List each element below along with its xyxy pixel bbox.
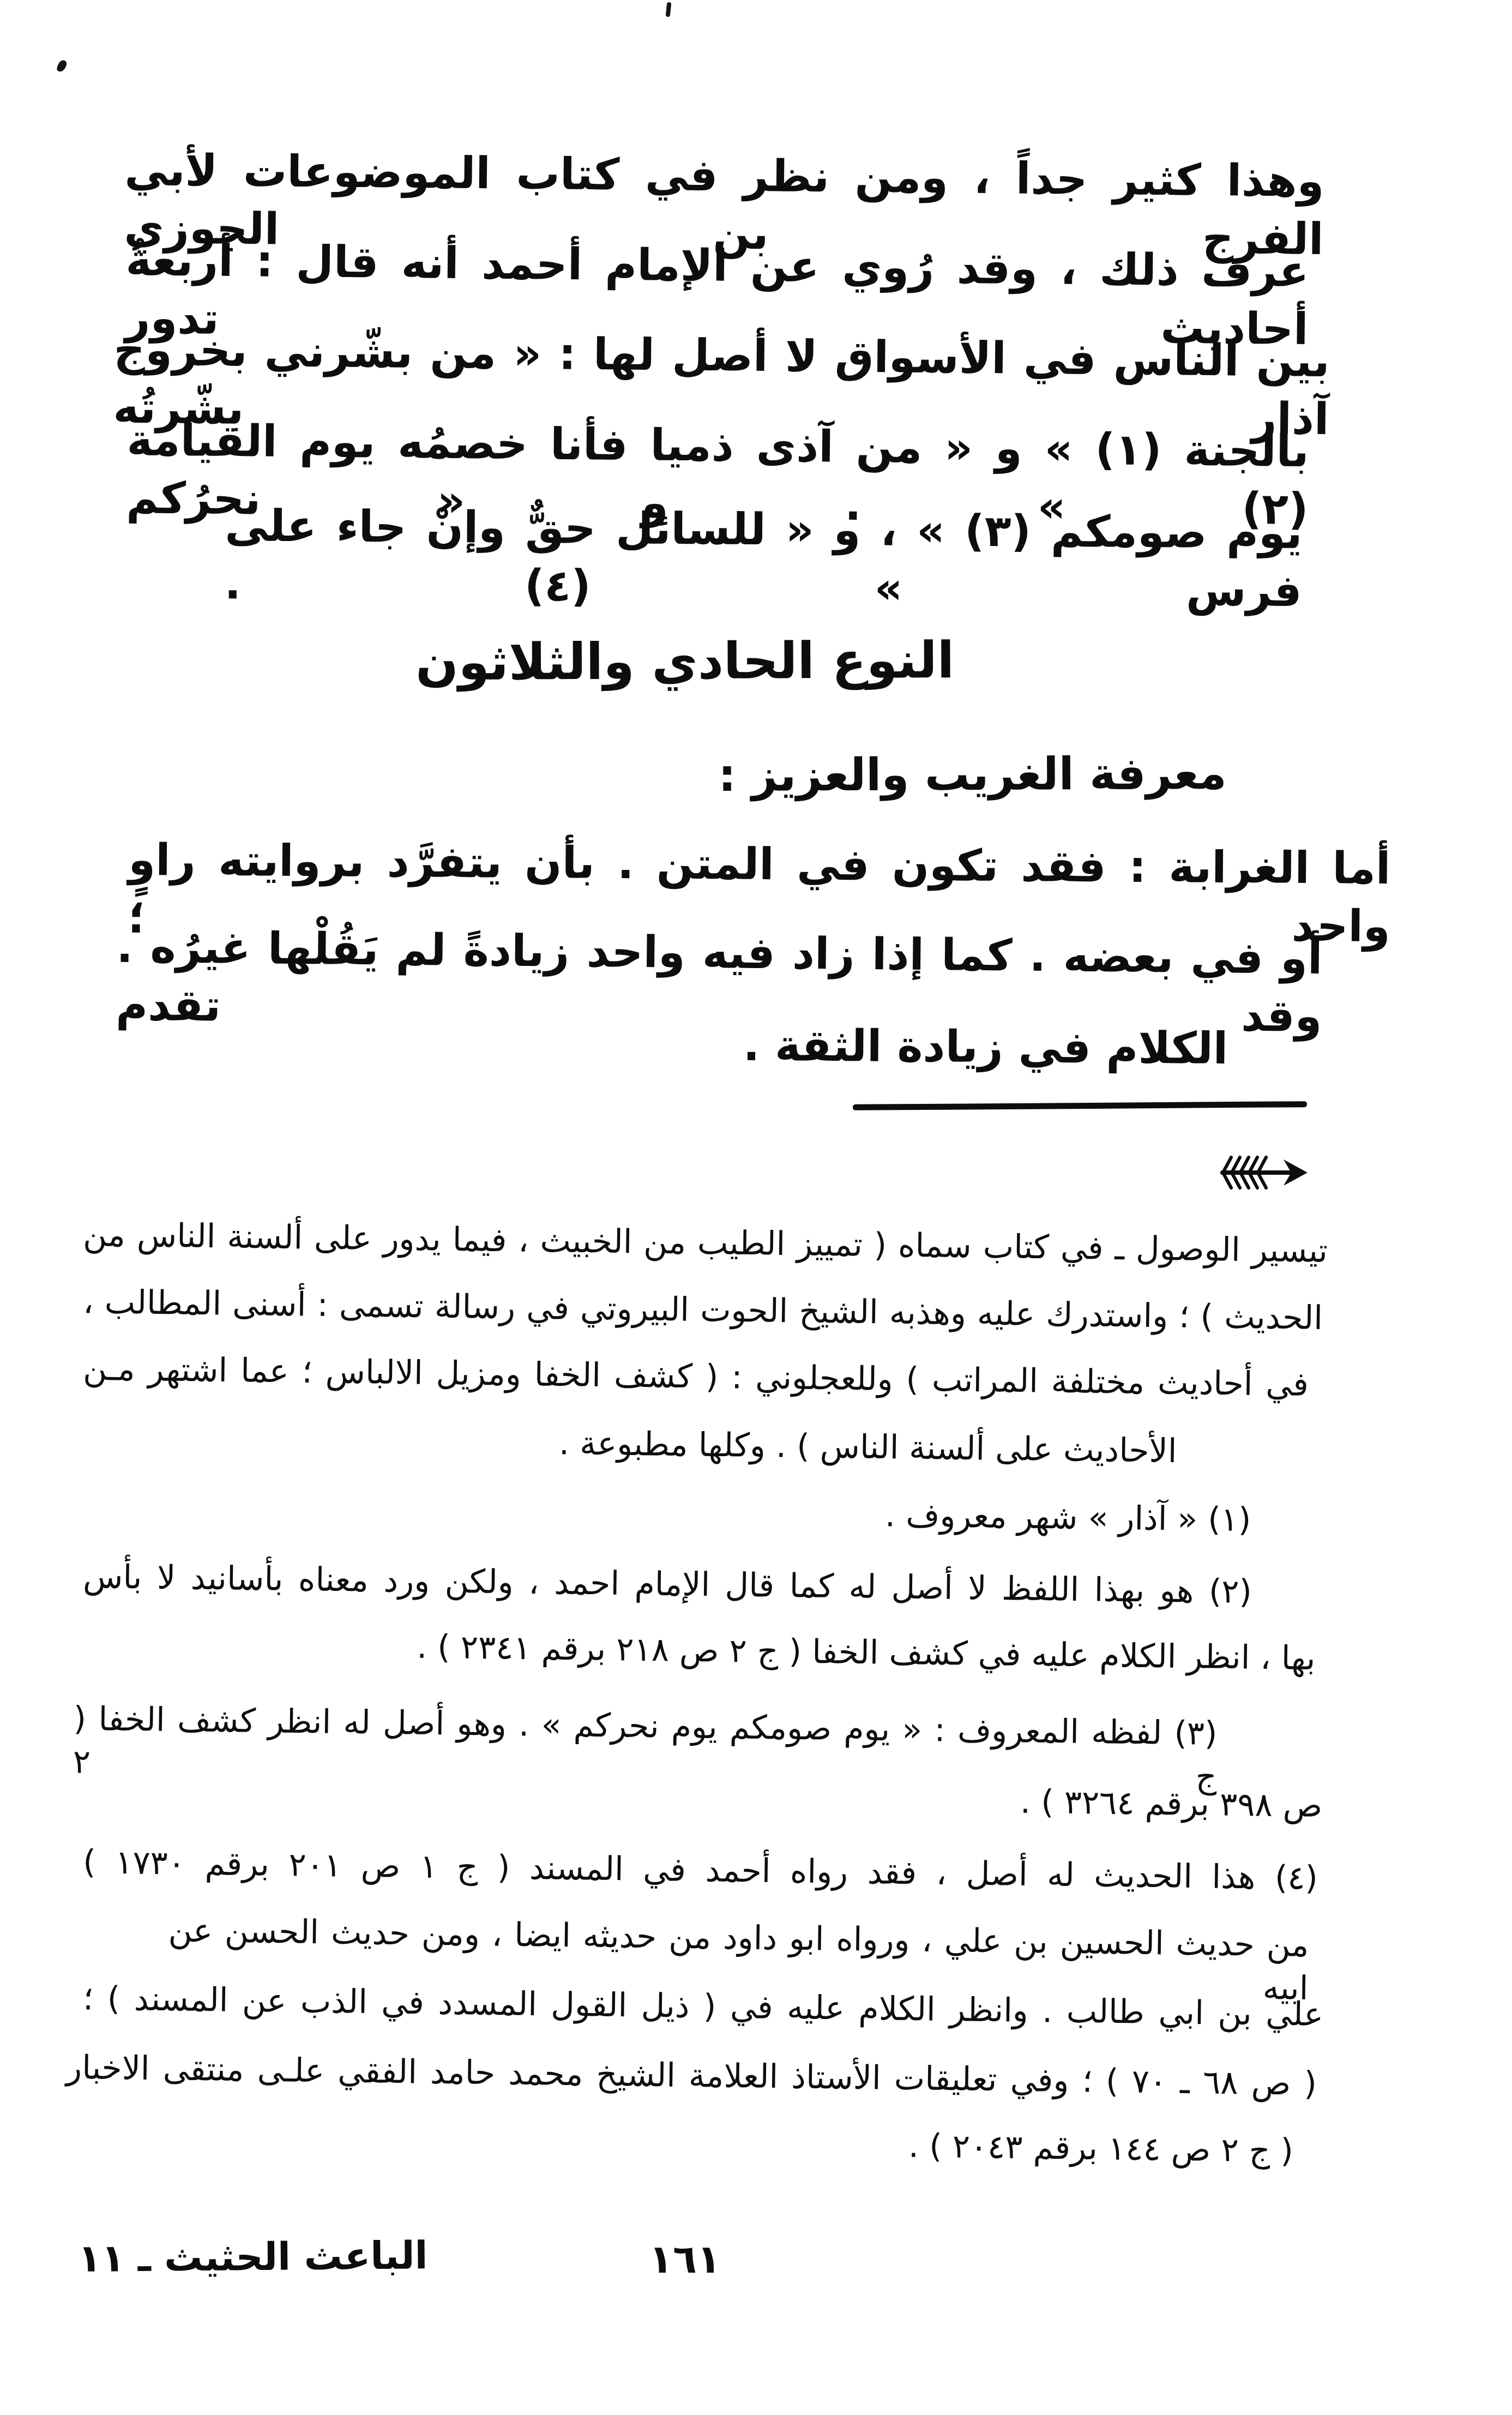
footer-book-title: الباعث الحثيث ـ ١١ bbox=[78, 2230, 428, 2284]
feathered-arrow-icon bbox=[1219, 1155, 1310, 1190]
body-text-line: يوم صومكم (٣) » ، و « للسائل حقٌّ وإنْ ج… bbox=[224, 497, 1302, 620]
section-subheading: معرفة الغريب والعزيز : bbox=[718, 744, 1227, 806]
footnote-line: تيسير الوصول ـ في كتاب سماه ( تمييز الطي… bbox=[83, 1213, 1328, 1273]
footnote-line: الأحاديث على ألسنة الناس ) . وكلها مطبوع… bbox=[558, 1422, 1177, 1473]
footnote-separator bbox=[853, 1101, 1307, 1110]
footnote-line: ( ص ٦٨ ـ ٧٠ ) ؛ وفي تعليقات الأستاذ العل… bbox=[66, 2046, 1317, 2106]
scan-speck bbox=[666, 2, 672, 17]
section-heading: النوع الحادي والثلاثون bbox=[415, 627, 955, 696]
footnote-line: (٤) هذا الحديث له أصل ، فقد رواه أحمد في… bbox=[83, 1841, 1318, 1900]
body-text-line: الكلام في زيادة الثقة . bbox=[743, 1017, 1228, 1078]
scanned-book-page: وهذا كثير جداً ، ومن نظر في كتاب الموضوع… bbox=[0, 0, 1512, 2415]
scan-speck bbox=[56, 59, 68, 73]
footnote-line: ( ج ٢ ص ١٤٤ برقم ٢٠٤٣ ) . bbox=[908, 2125, 1294, 2173]
footnote-line: (١) « آذار » شهر معروف . bbox=[884, 1494, 1251, 1542]
footnote-line: الحديث ) ؛ واستدرك عليه وهذبه الشيخ الحو… bbox=[83, 1281, 1323, 1340]
footnote-line: بها ، انظر الكلام عليه في كشف الخفا ( ج … bbox=[416, 1625, 1315, 1680]
footnote-line: ص ٣٩٨ برقم ٣٢٦٤ ) . bbox=[1020, 1781, 1322, 1828]
footnote-line: (٢) هو بهذا اللفظ لا أصل له كما قال الإم… bbox=[83, 1555, 1252, 1614]
footnote-line: في أحاديث مختلفة المراتب ) وللعجلوني : (… bbox=[83, 1348, 1309, 1407]
page-number: ١٦١ bbox=[649, 2233, 721, 2285]
